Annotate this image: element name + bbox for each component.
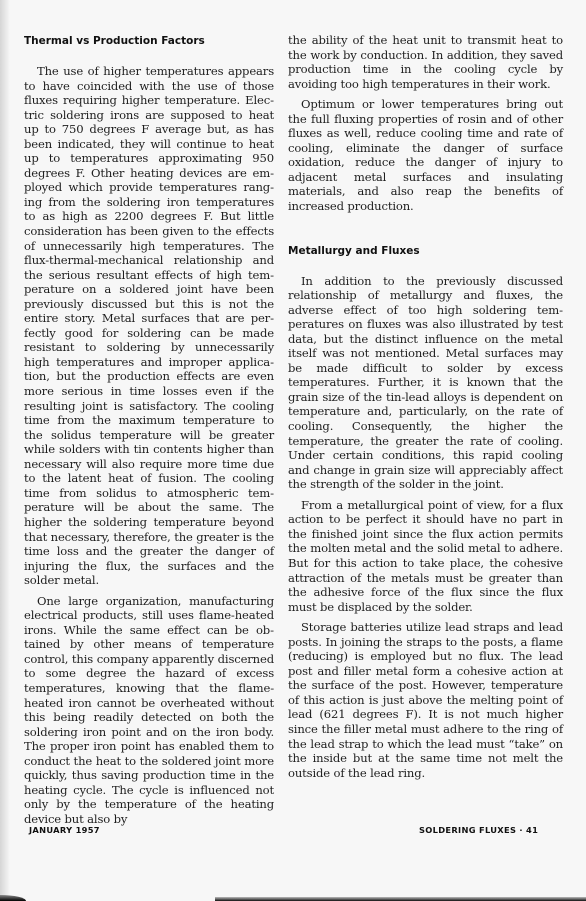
right-column: the ability of the heat unit to transmit…	[288, 33, 563, 780]
paragraph-continuation: the ability of the heat unit to transmit…	[288, 33, 563, 91]
paragraph: The use of higher temperatures appears t…	[24, 64, 274, 588]
left-column: Thermal vs Production Factors The use of…	[24, 34, 274, 826]
scan-shadow-left	[0, 0, 10, 901]
footer-page-number: SOLDERING FLUXES · 41	[419, 825, 538, 835]
paragraph: One large organization, manufacturing el…	[24, 594, 274, 827]
paragraph: In addition to the previously discussed …	[288, 274, 563, 492]
section-heading-thermal: Thermal vs Production Factors	[24, 34, 274, 48]
section-heading-metallurgy: Metallurgy and Fluxes	[288, 244, 563, 258]
paragraph: From a metallurgical point of view, for …	[288, 498, 563, 614]
paragraph: Optimum or lower temperatures bring out …	[288, 97, 563, 213]
scan-shadow-bottom	[215, 897, 586, 901]
footer-date: JANUARY 1957	[29, 825, 100, 835]
scan-shadow-corner	[0, 895, 26, 901]
paragraph: Storage batteries utilize lead straps an…	[288, 620, 563, 780]
scanned-page: Thermal vs Production Factors The use of…	[0, 0, 586, 901]
